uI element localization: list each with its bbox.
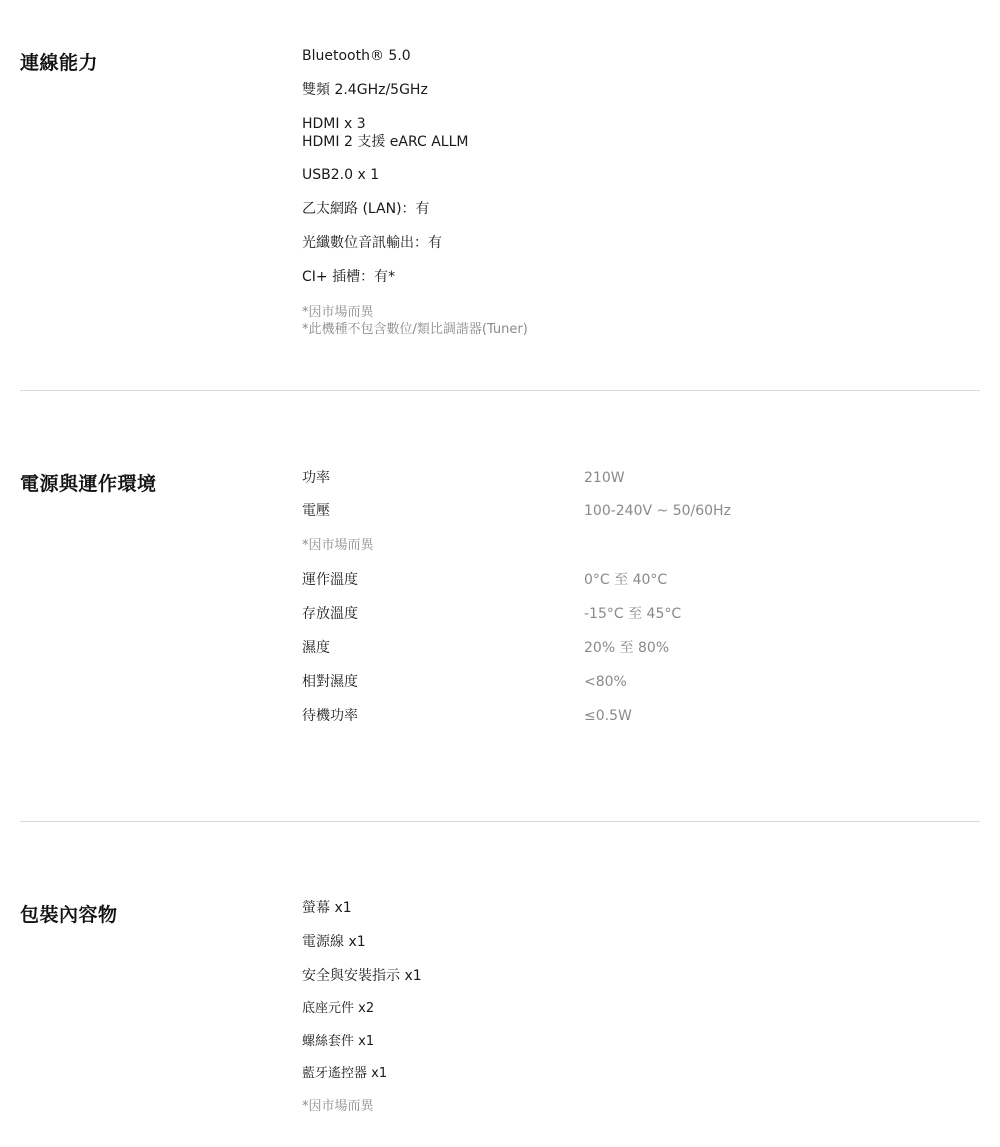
spec-label-relative-humidity: 相對濕度 [302, 673, 358, 691]
section-divider [20, 390, 980, 391]
spec-hdmi-count: HDMI x 3 [302, 115, 366, 133]
spec-lan: 乙太網路 (LAN)：有 [302, 200, 430, 218]
spec-value-relative-humidity: <80% [584, 673, 627, 691]
spec-label-humidity: 濕度 [302, 639, 330, 657]
spec-label-storage-temp: 存放溫度 [302, 605, 358, 623]
spec-usb: USB2.0 x 1 [302, 166, 379, 184]
package-item-stand: 底座元件 x2 [302, 1000, 374, 1018]
section-title-power: 電源與運作環境 [20, 469, 157, 496]
spec-label-standby-power: 待機功率 [302, 707, 358, 725]
spec-value-standby-power: ≤0.5W [584, 707, 632, 725]
package-item-remote: 藍牙遙控器 x1 [302, 1065, 387, 1083]
note-market-varies: *因市場而異 [302, 537, 374, 555]
spec-label-voltage: 電壓 [302, 502, 330, 520]
spec-hdmi-earc: HDMI 2 支援 eARC ALLM [302, 133, 468, 151]
spec-value-operating-temp: 0°C 至 40°C [584, 571, 667, 589]
package-item-power-cord: 電源線 x1 [302, 933, 366, 951]
note-no-tuner: *此機種不包含數位/類比調諧器(Tuner) [302, 321, 528, 339]
spec-value-voltage: 100-240V ~ 50/60Hz [584, 502, 731, 520]
section-title-package: 包裝內容物 [20, 900, 118, 927]
spec-optical-audio: 光纖數位音訊輸出：有 [302, 234, 442, 252]
section-divider [20, 821, 980, 822]
package-item-safety-guide: 安全與安裝指示 x1 [302, 967, 422, 985]
spec-bluetooth: Bluetooth® 5.0 [302, 47, 411, 65]
spec-label-operating-temp: 運作溫度 [302, 571, 358, 589]
spec-value-power: 210W [584, 469, 625, 487]
spec-value-humidity: 20% 至 80% [584, 639, 669, 657]
package-item-screen: 螢幕 x1 [302, 899, 352, 917]
note-market-varies: *因市場而異 [302, 304, 374, 322]
package-item-screw-kit: 螺絲套件 x1 [302, 1033, 374, 1051]
spec-wifi: 雙頻 2.4GHz/5GHz [302, 81, 428, 99]
spec-ci-slot: CI+ 插槽：有* [302, 268, 395, 286]
spec-label-power: 功率 [302, 469, 330, 487]
spec-value-storage-temp: -15°C 至 45°C [584, 605, 681, 623]
note-market-varies: *因市場而異 [302, 1098, 374, 1116]
section-title-connectivity: 連線能力 [20, 48, 98, 75]
